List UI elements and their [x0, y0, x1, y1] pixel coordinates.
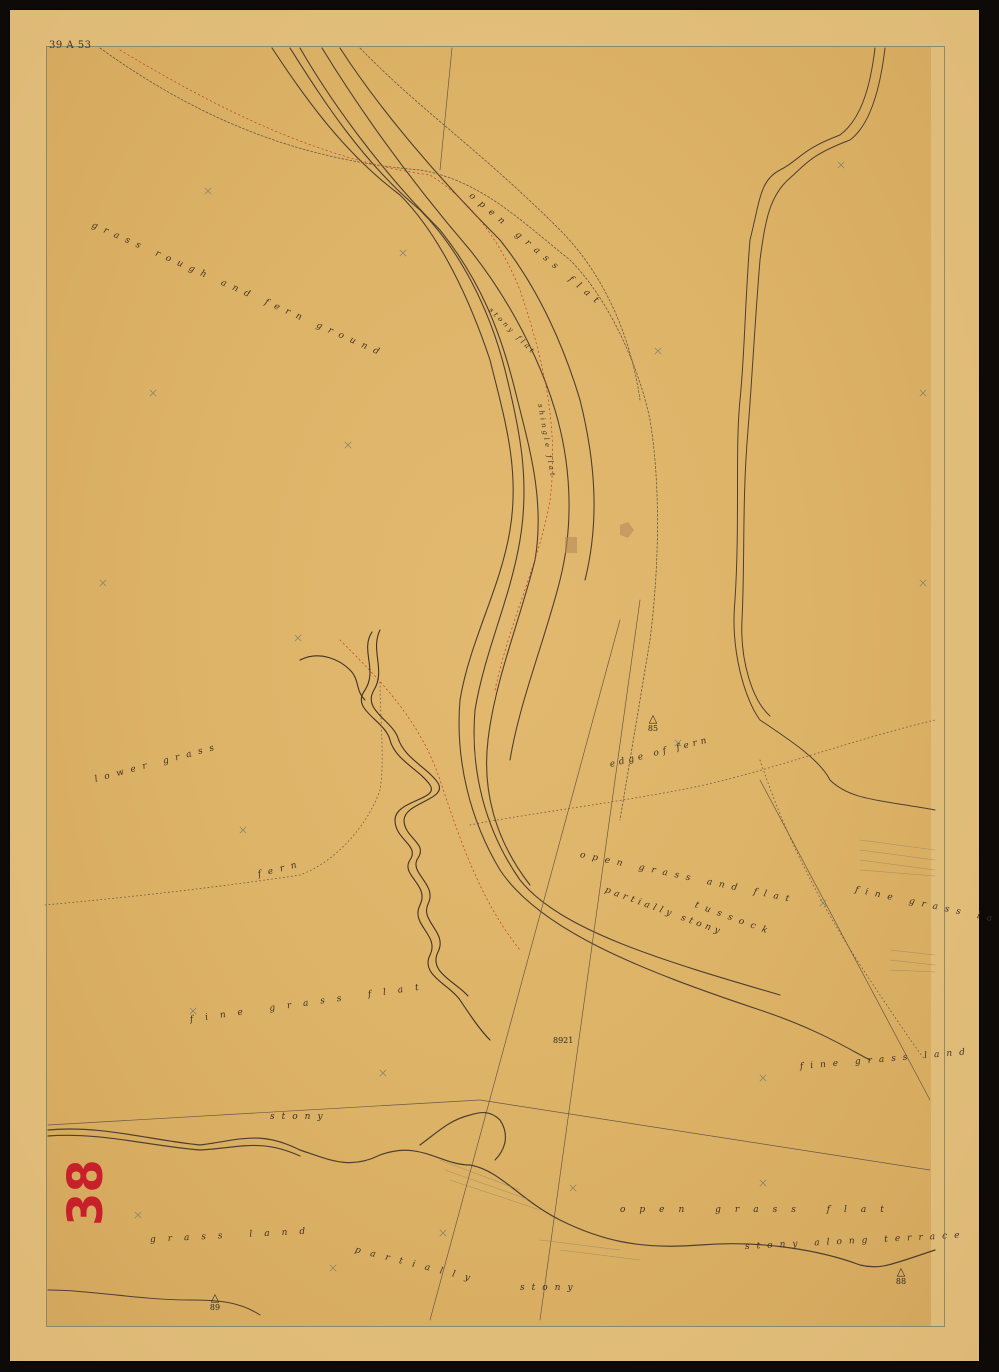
right-stream: [734, 48, 935, 810]
trig-label: 88: [896, 1277, 906, 1286]
sheet-reference: 39 A 53: [49, 40, 92, 51]
trig-label: 89: [210, 1303, 220, 1312]
ink-stain: [565, 537, 577, 553]
trig-label: 85: [648, 724, 658, 733]
triangle-icon: △: [889, 1266, 913, 1277]
triangle-icon: △: [203, 1292, 227, 1303]
ink-stain: [620, 522, 634, 538]
map-drawing: [0, 0, 999, 1372]
main-river: [272, 48, 870, 1060]
map-label: open grass flat: [620, 1205, 898, 1215]
map-label: stony: [520, 1283, 580, 1293]
spot-height: 8921: [553, 1036, 573, 1045]
trig-station-85: △ 85: [641, 713, 665, 733]
map-label: stony: [270, 1112, 330, 1122]
sheet-number: 38: [62, 1159, 110, 1226]
triangle-icon: △: [641, 713, 665, 724]
trig-station-88: △ 88: [889, 1266, 913, 1286]
trig-station-89: △ 89: [203, 1292, 227, 1312]
